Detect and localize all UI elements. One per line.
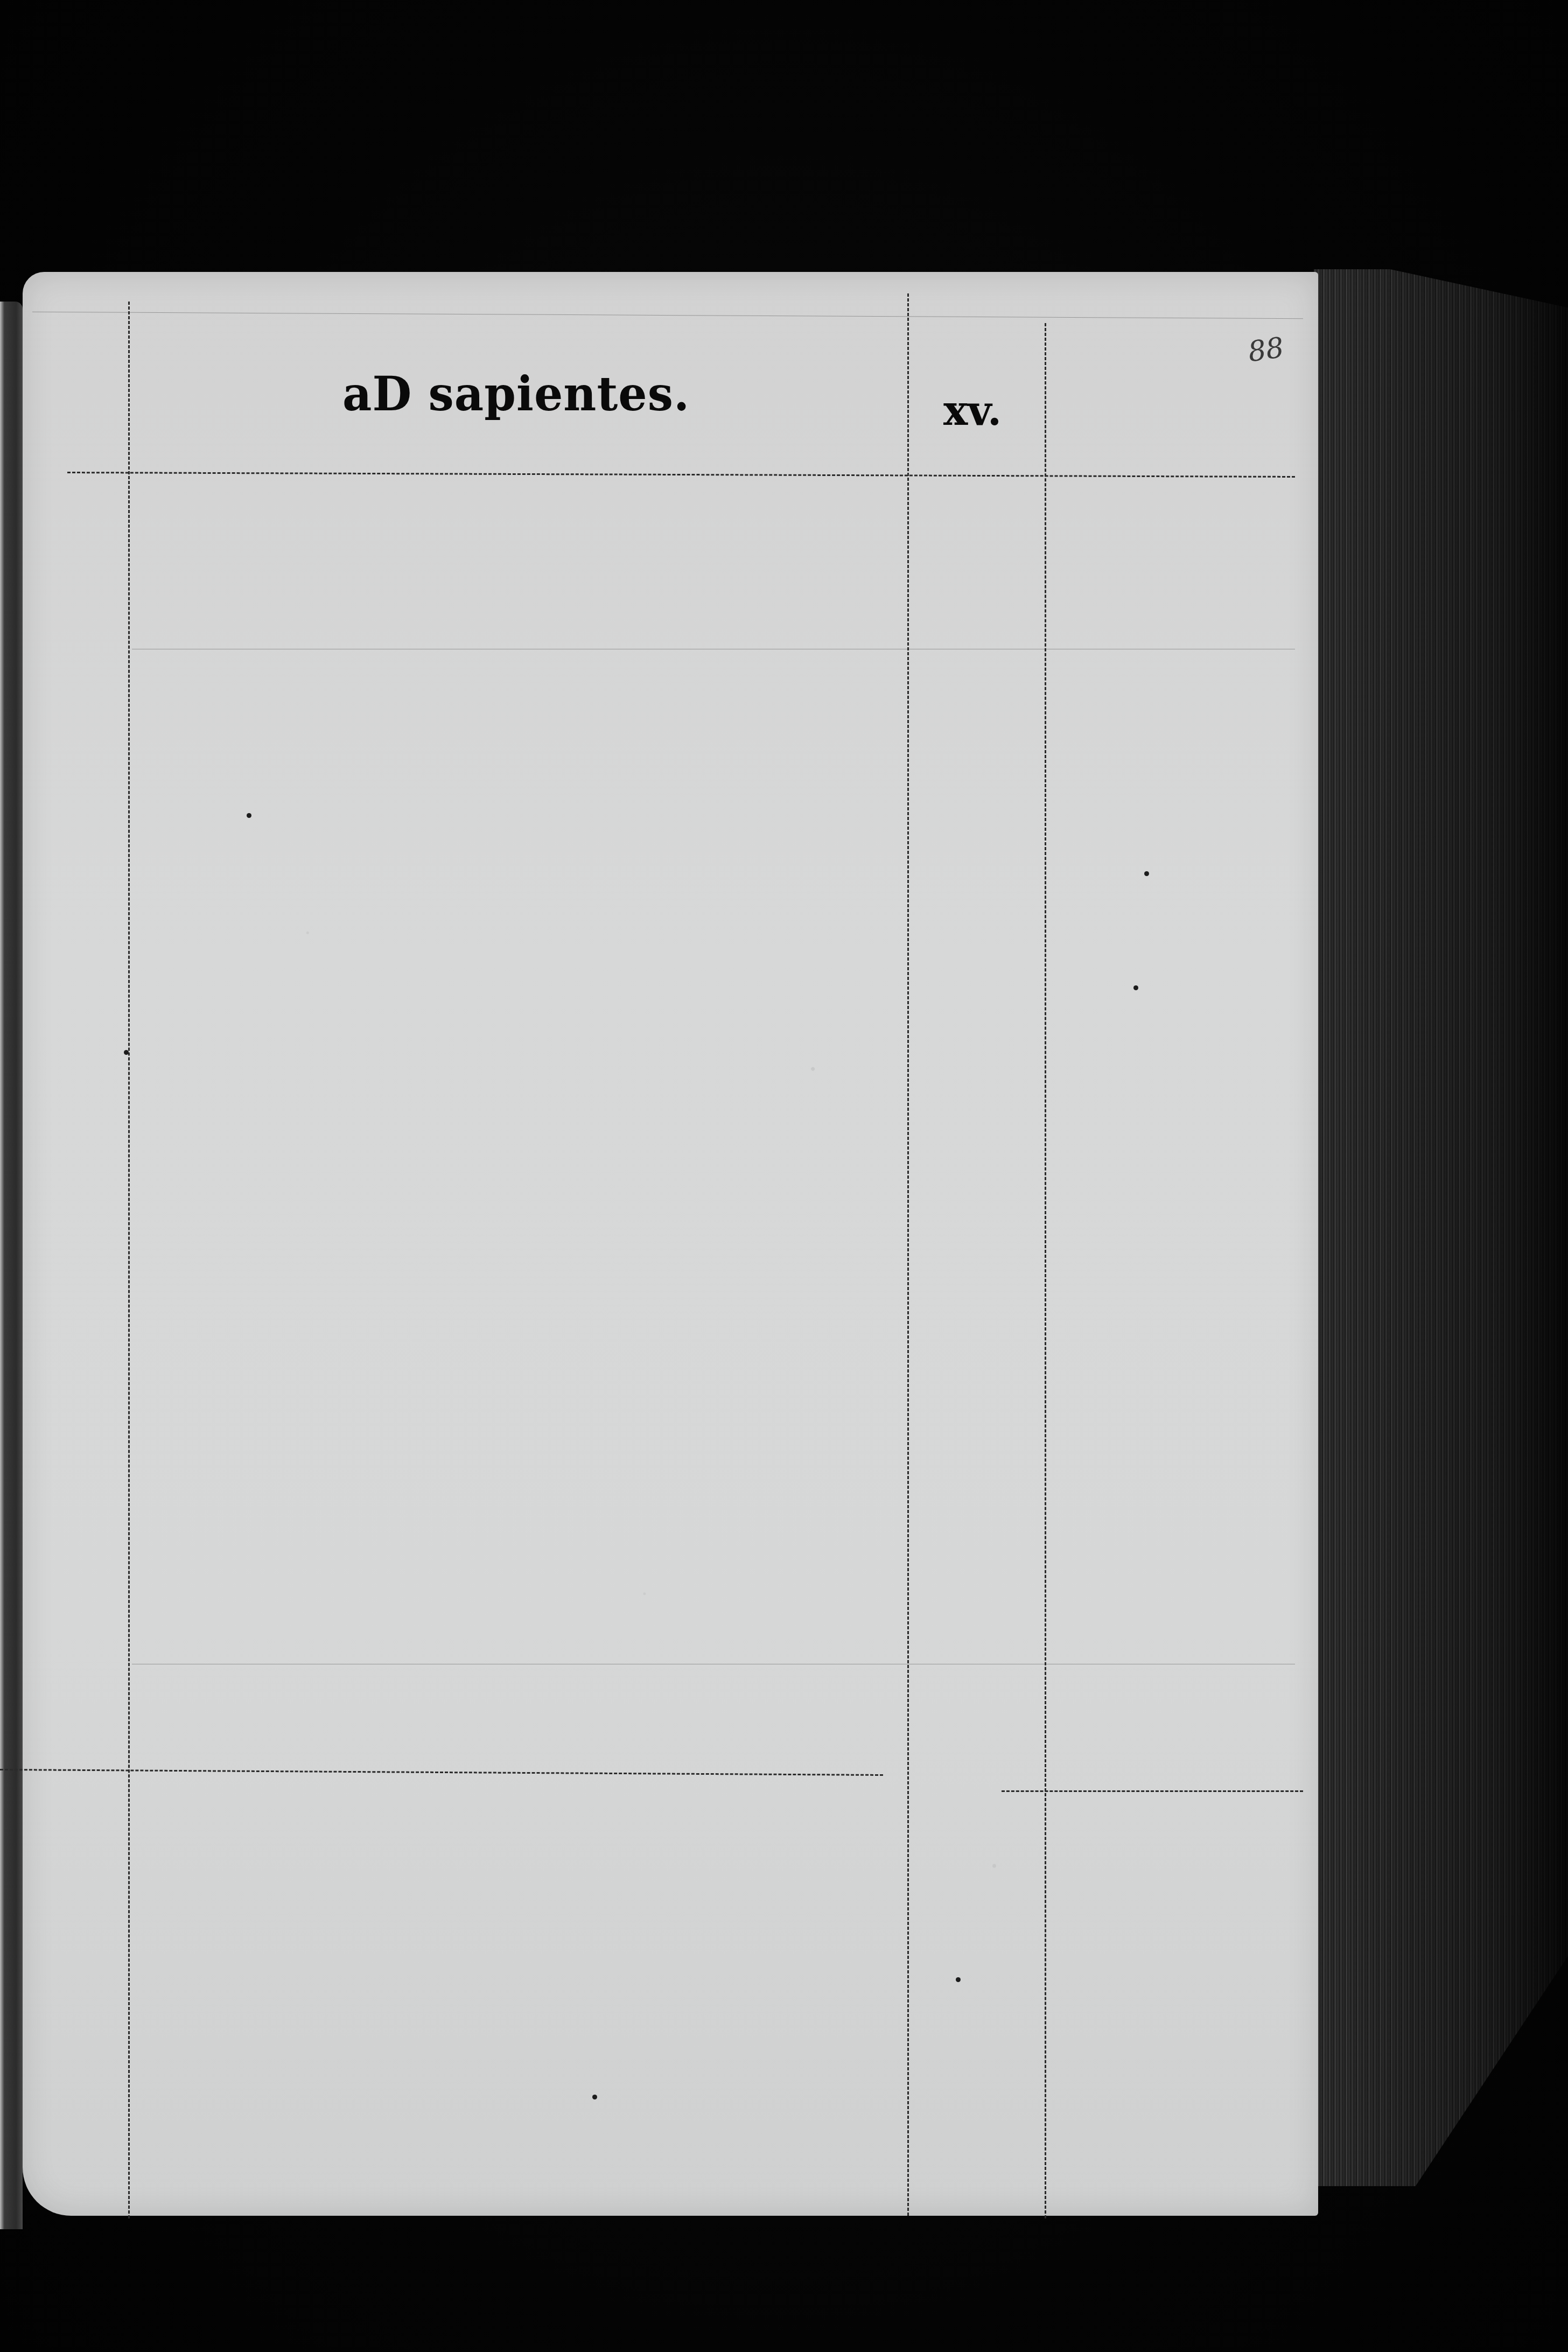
ink-speck (124, 1050, 129, 1055)
ink-speck (247, 813, 251, 818)
ink-speck (592, 2095, 597, 2099)
handwritten-page-number: 88 (1246, 332, 1286, 369)
facing-page-edge (0, 302, 23, 2229)
page-leaf (23, 272, 1318, 2216)
folio-number: xv. (943, 387, 1002, 435)
ink-speck (1133, 985, 1138, 990)
ink-speck (1144, 871, 1149, 876)
book-fore-edge (1314, 269, 1568, 2186)
ink-speck (956, 1977, 961, 1982)
running-title: aD sapientes. (342, 366, 690, 422)
